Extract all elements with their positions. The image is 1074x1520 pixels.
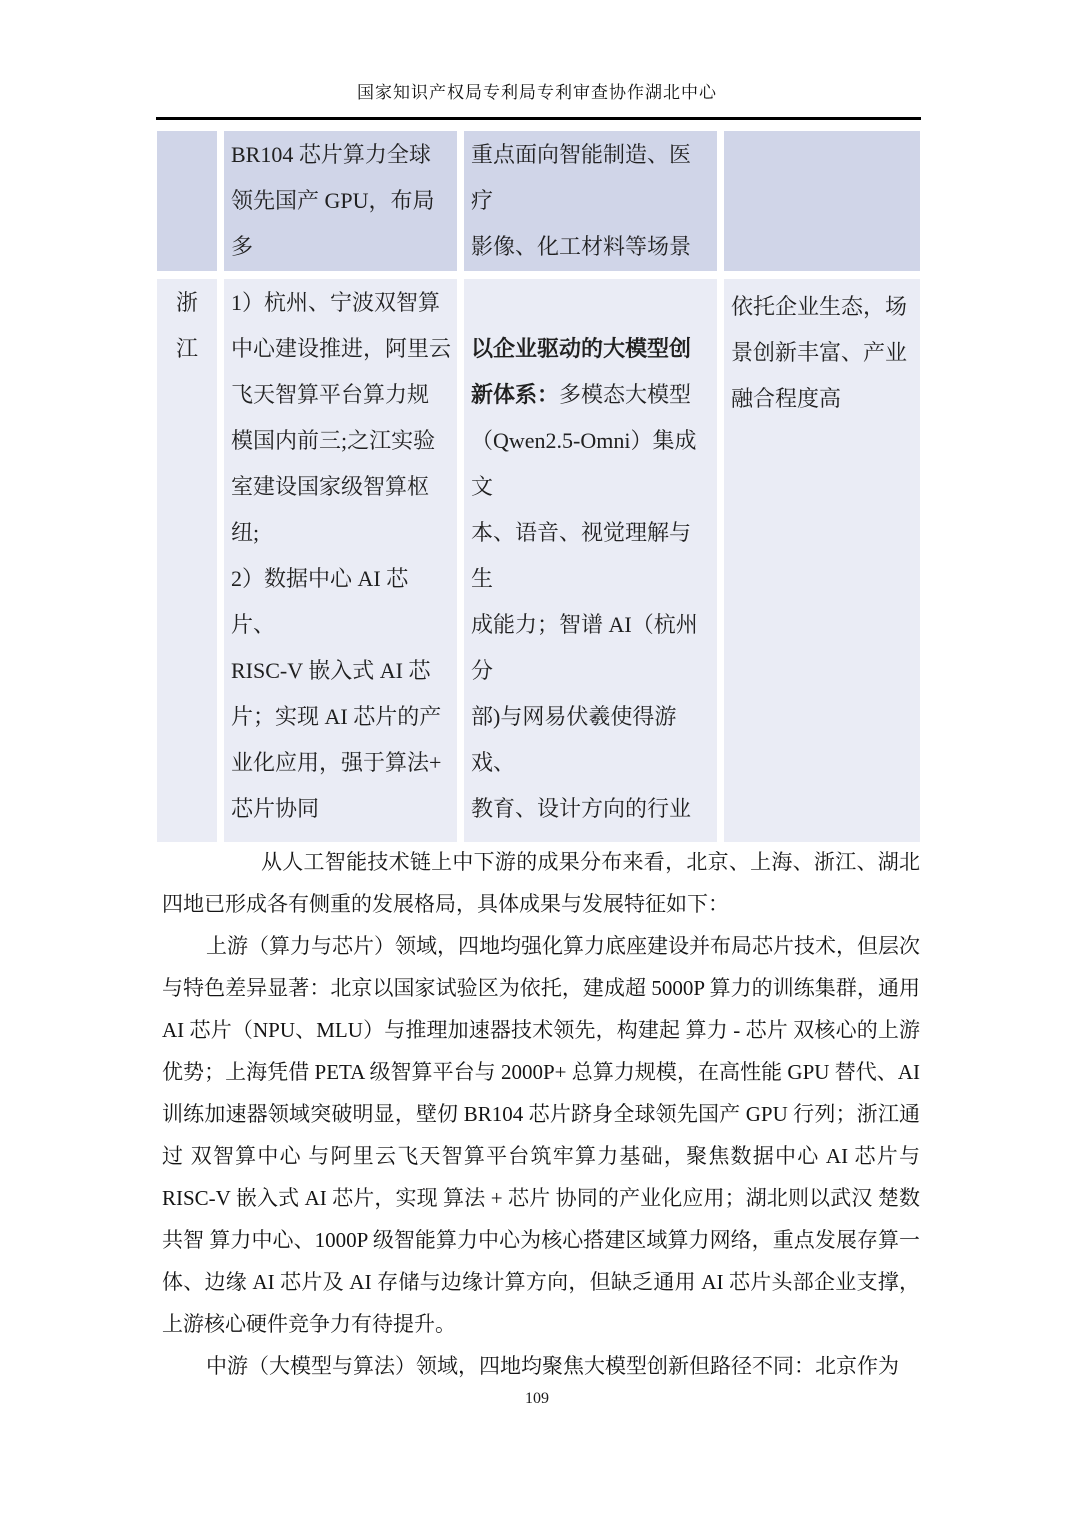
cell-compute-chip-zhejiang: 1）杭州、宁波双智算 中心建设推进，阿里云 飞天智算平台算力规 模国内前三;之江… bbox=[224, 279, 457, 842]
paragraph-upstream: 上游（算力与芯片）领域，四地均强化算力底座建设并布局芯片技术，但层次与特色差异显… bbox=[162, 925, 920, 1345]
paragraph-midstream: 中游（大模型与算法）领域，四地均聚焦大模型创新但路径不同：北京作为 bbox=[162, 1345, 920, 1387]
ai-region-comparison-table: BR104 芯片算力全球 领先国产 GPU，布局多 模态推理 重点面向智能制造、… bbox=[157, 131, 920, 842]
table-row-zhejiang: 浙 江 1）杭州、宁波双智算 中心建设推进，阿里云 飞天智算平台算力规 模国内前… bbox=[157, 279, 920, 842]
cell-province-empty bbox=[157, 131, 217, 271]
cell-feature-zhejiang: 依托企业生态，场 景创新丰富、产业 融合程度高 bbox=[724, 279, 920, 842]
table-row-shanghai-continued: BR104 芯片算力全球 领先国产 GPU，布局多 模态推理 重点面向智能制造、… bbox=[157, 131, 920, 271]
page-number: 109 bbox=[0, 1390, 1074, 1408]
body-text-block: 从人工智能技术链上中下游的成果分布来看，北京、上海、浙江、湖北四地已形成各有侧重… bbox=[162, 841, 920, 1387]
cell-application-scene: 重点面向智能制造、医疗 影像、化工材料等场景 bbox=[464, 131, 717, 271]
document-page: 国家知识产权局专利局专利审查协作湖北中心 BR104 芯片算力全球 领先国产 G… bbox=[0, 0, 1074, 1520]
page-header-title: 国家知识产权局专利局专利审查协作湖北中心 bbox=[0, 78, 1074, 103]
cell-feature-empty bbox=[724, 131, 920, 271]
header-divider bbox=[156, 117, 921, 120]
cell-province-zhejiang: 浙 江 bbox=[157, 279, 217, 842]
cell-compute-chip: BR104 芯片算力全球 领先国产 GPU，布局多 模态推理 bbox=[224, 131, 457, 271]
model-system-description: 多模态大模型 （Qwen2.5-Omni）集成文 本、语音、视觉理解与生 成能力… bbox=[471, 382, 706, 842]
paragraph-overview: 从人工智能技术链上中下游的成果分布来看，北京、上海、浙江、湖北四地已形成各有侧重… bbox=[162, 841, 920, 925]
cell-model-system-zhejiang: 以企业驱动的大模型创 新体系：多模态大模型 （Qwen2.5-Omni）集成文 … bbox=[464, 279, 717, 842]
